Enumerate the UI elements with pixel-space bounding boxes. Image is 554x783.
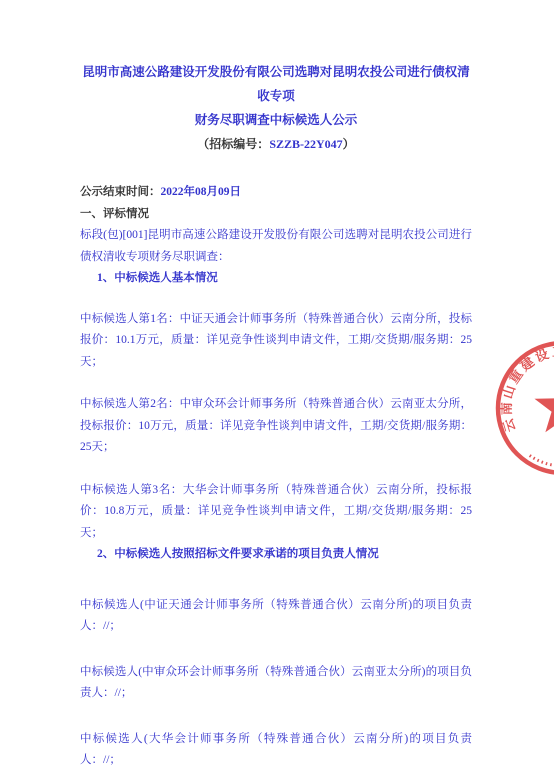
seal-ring-text: 云南山重建设工程	[499, 344, 554, 434]
page-title-line2: 财务尽职调查中标候选人公示	[80, 108, 472, 132]
sub2-heading: 2、中标候选人按照招标文件要求承诺的项目负责人情况	[80, 544, 472, 566]
manager-paragraph-2: 中标候选人(中审众环会计师事务所（特殊普通合伙）云南亚太分所)的项目负责人：//…	[80, 662, 472, 705]
publicity-end-line: 公示结束时间：2022年08月09日	[80, 182, 472, 204]
seal-star-icon	[534, 378, 554, 432]
candidate-paragraph-3: 中标候选人第3名：大华会计师事务所（特殊普通合伙）云南分所，投标报价：10.8万…	[80, 480, 472, 545]
publicity-end-date: 2022年08月09日	[161, 186, 242, 198]
manager-paragraph-1: 中标候选人(中证天通会计师事务所（特殊普通合伙）云南分所)的项目负责人：//；	[80, 595, 472, 638]
section1-heading: 一、评标情况	[80, 204, 472, 226]
bid-number-close: ）	[343, 137, 355, 151]
candidate-paragraph-1: 中标候选人第1名：中证天通会计师事务所（特殊普通合伙）云南分所，投标报价：10.…	[80, 309, 472, 374]
manager-paragraph-3: 中标候选人(大华会计师事务所（特殊普通合伙）云南分所)的项目负责人：//；	[80, 729, 472, 772]
announcement-document: 昆明市高速公路建设开发股份有限公司选聘对昆明农投公司进行债权清收专项 财务尽职调…	[80, 60, 472, 772]
publicity-end-label: 公示结束时间：	[80, 186, 161, 198]
red-seal-stamp: 云南山重建设工程	[488, 333, 554, 483]
sub1-heading: 1、中标候选人基本情况	[80, 268, 472, 290]
lot-intro: 标段(包)[001]昆明市高速公路建设开发股份有限公司选聘对昆明农投公司进行债权…	[80, 225, 472, 268]
bid-number-line: （招标编号：SZZB-22Y047）	[80, 132, 472, 156]
candidate-paragraph-2: 中标候选人第2名：中审众环会计师事务所（特殊普通合伙）云南亚太分所，投标报价：1…	[80, 394, 472, 459]
page-title-line1: 昆明市高速公路建设开发股份有限公司选聘对昆明农投公司进行债权清收专项	[80, 60, 472, 108]
bid-number-value: SZZB-22Y047	[269, 137, 342, 151]
bid-number-label: （招标编号：	[197, 137, 269, 151]
